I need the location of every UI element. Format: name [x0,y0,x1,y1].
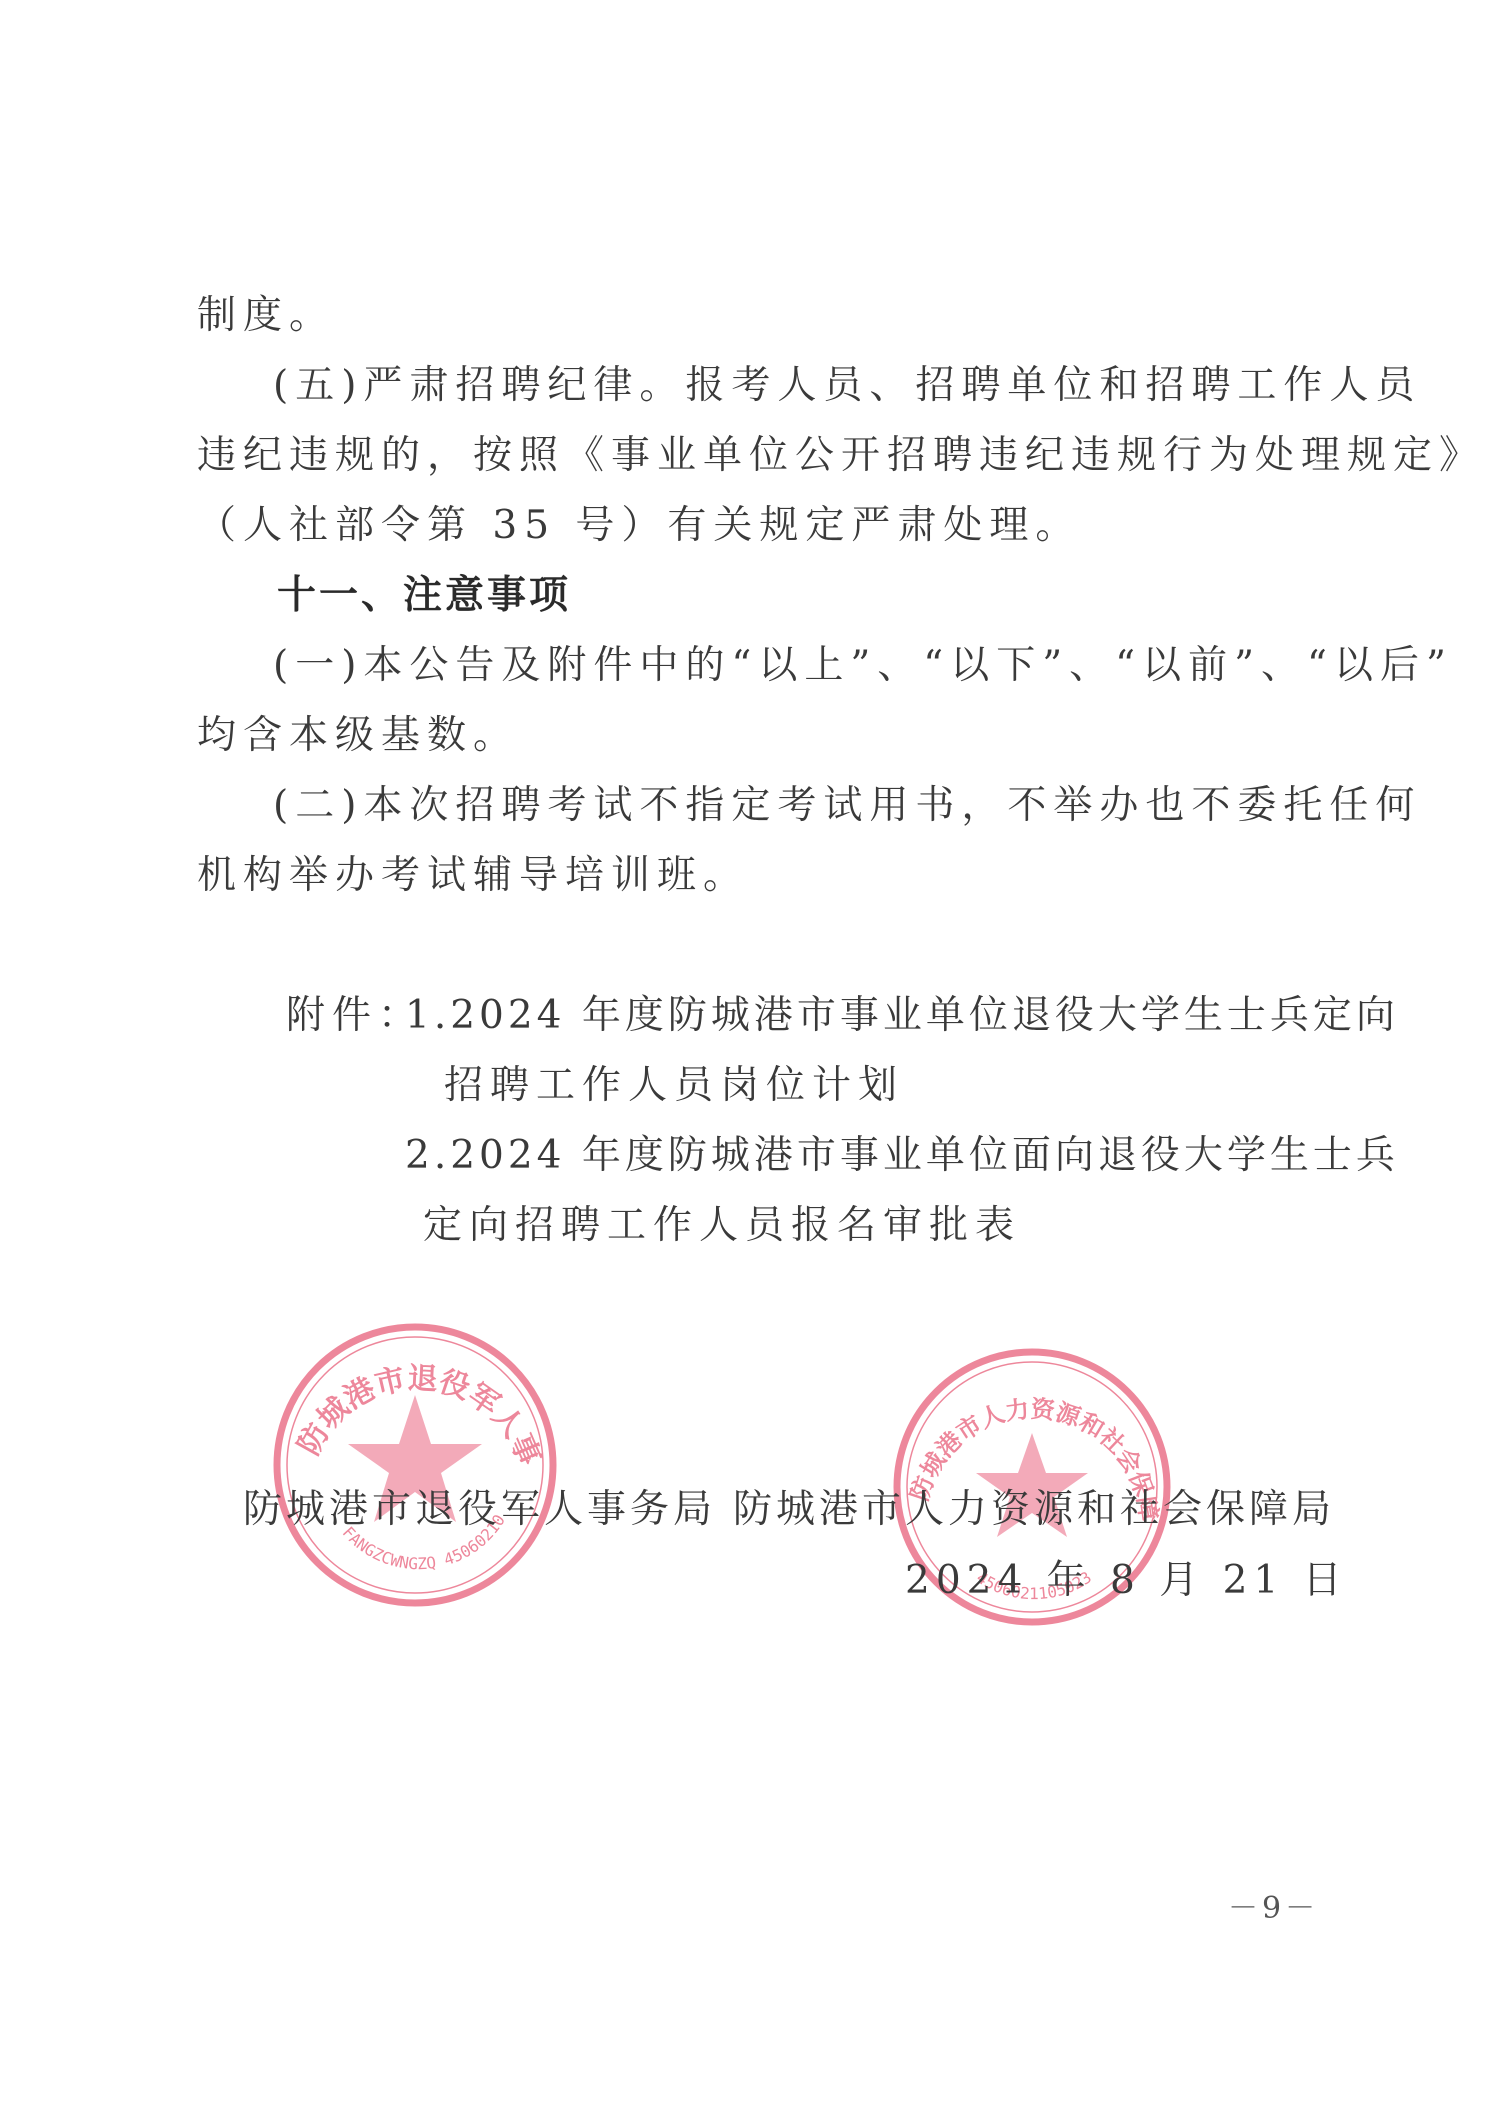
paragraph-line: 违纪违规的，按照《事业单位公开招聘违纪违规行为处理规定》 [197,436,1485,475]
attachment-item-2-line2: 定向招聘工作人员报名审批表 [423,1206,1021,1245]
signature-org-veterans-affairs: 防城港市退役军人事务局 [243,1490,716,1529]
paragraph-line: 均含本级基数。 [197,716,519,755]
attachment-item-1-line1: 1.2024 年度防城港市事业单位退役大学生士兵定向 [405,996,1399,1035]
section-heading: 十一、注意事项 [277,576,571,615]
paragraph-line: （人社部令第 35 号）有关规定严肃处理。 [197,506,1081,545]
attachments-label: 附件： [286,996,424,1035]
attachment-item-1-line2: 招聘工作人员岗位计划 [444,1066,904,1105]
signature-date: 2024 年 8 月 21 日 [905,1561,1348,1600]
paragraph-line: (一)本公告及附件中的“以上”、“以下”、“以前”、“以后” [273,646,1453,685]
paragraph-line: 机构举办考试辅导培训班。 [197,856,749,895]
attachment-item-2-line1: 2.2024 年度防城港市事业单位面向退役大学生士兵 [405,1136,1399,1175]
paragraph-line: (二)本次招聘考试不指定考试用书，不举办也不委托任何 [273,786,1421,825]
official-seal-veterans-affairs: 防城港市退役军人事务局 FANGZCWNGZQ 4506021073817 [270,1320,560,1610]
paragraph-line: 制度。 [197,296,335,335]
page-number: －9－ [1228,1883,1319,1927]
signature-org-human-resources: 防城港市人力资源和社会保障局 [733,1490,1335,1529]
paragraph-line: (五)严肃招聘纪律。报考人员、招聘单位和招聘工作人员 [273,366,1421,405]
